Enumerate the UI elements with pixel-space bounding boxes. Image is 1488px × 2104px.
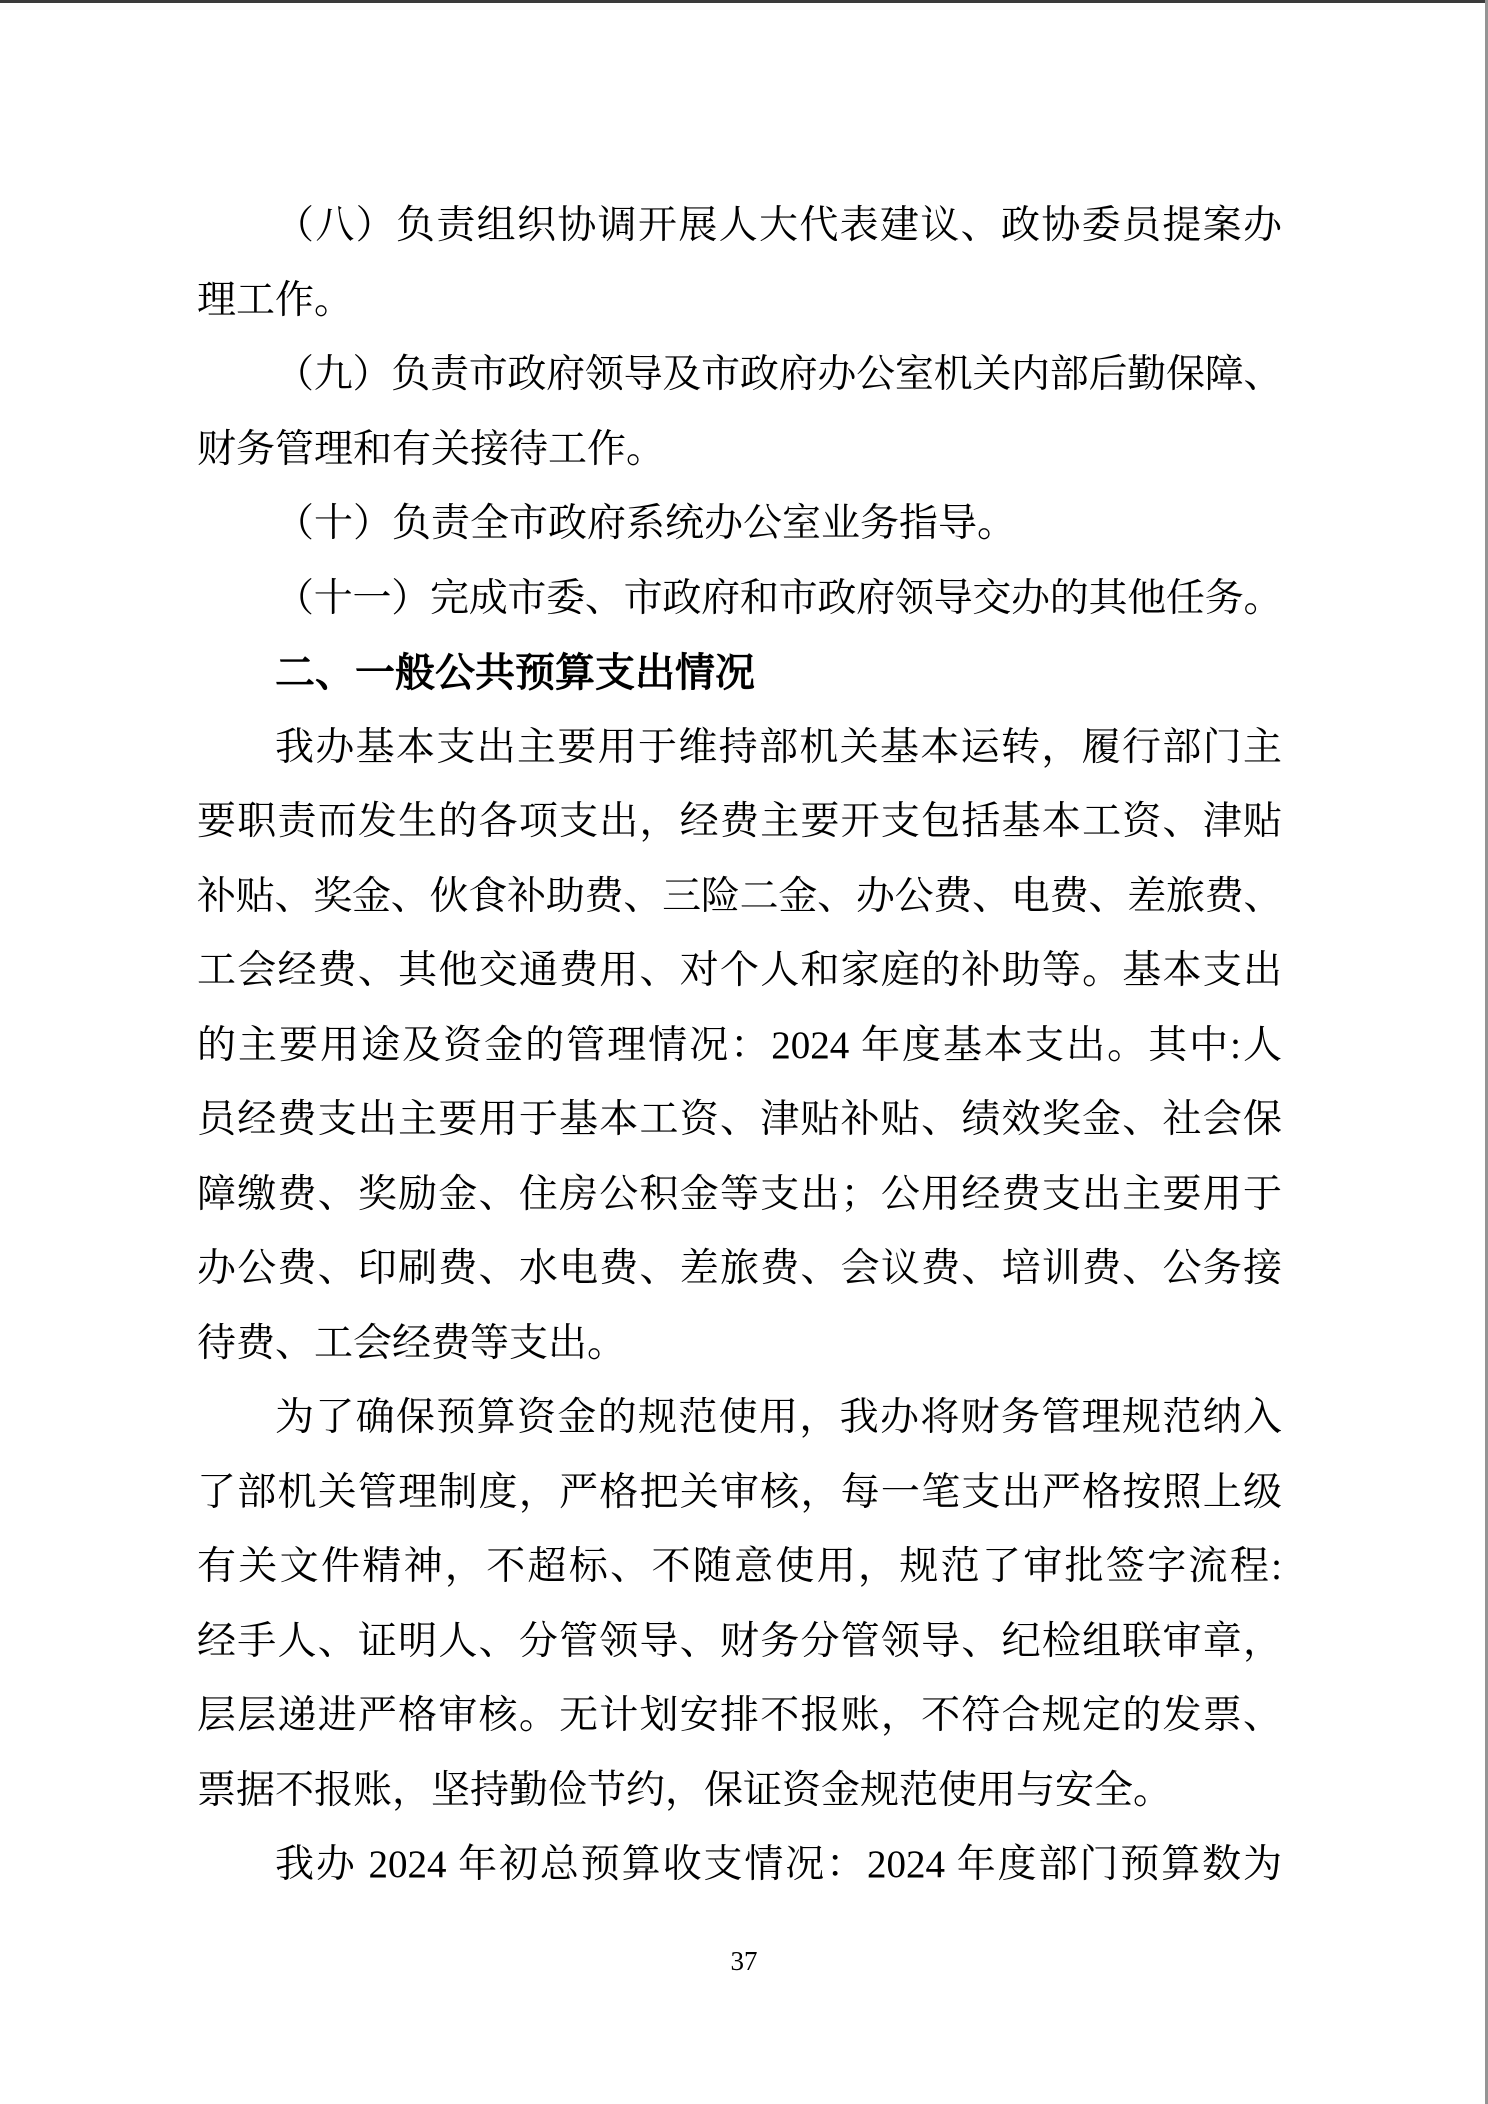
text-line: 财务管理和有关接待工作。: [197, 413, 1282, 488]
document-page-body: （八）负责组织协调开展人大代表建议、政协委员提案办 理工作。 （九）负责市政府领…: [197, 189, 1282, 1903]
text-line: （八）负责组织协调开展人大代表建议、政协委员提案办: [197, 189, 1282, 264]
text-line: 票据不报账，坚持勤俭节约，保证资金规范使用与安全。: [197, 1754, 1282, 1829]
text-line: 为了确保预算资金的规范使用，我办将财务管理规范纳入: [197, 1381, 1282, 1456]
text-line: 员经费支出主要用于基本工资、津贴补贴、绩效奖金、社会保: [197, 1083, 1282, 1158]
text-line: （十一）完成市委、市政府和市政府领导交办的其他任务。: [197, 562, 1282, 637]
text-line: 补贴、奖金、伙食补助费、三险二金、办公费、电费、差旅费、: [197, 860, 1282, 935]
text-line: （十）负责全市政府系统办公室业务指导。: [197, 487, 1282, 562]
page-top-edge-line: [0, 0, 1488, 3]
text-line: 有关文件精神，不超标、不随意使用，规范了审批签字流程:: [197, 1530, 1282, 1605]
section-heading: 二、一般公共预算支出情况: [197, 636, 1282, 711]
text-line: 理工作。: [197, 264, 1282, 339]
text-line: 要职责而发生的各项支出，经费主要开支包括基本工资、津贴: [197, 785, 1282, 860]
text-line: 障缴费、奖励金、住房公积金等支出；公用经费支出主要用于: [197, 1158, 1282, 1233]
text-line: 我办 2024 年初总预算收支情况：2024 年度部门预算数为: [197, 1828, 1282, 1903]
text-line: 待费、工会经费等支出。: [197, 1307, 1282, 1382]
text-line: 了部机关管理制度，严格把关审核，每一笔支出严格按照上级: [197, 1456, 1282, 1531]
page-number: 37: [0, 1946, 1488, 1977]
text-line: 的主要用途及资金的管理情况：2024 年度基本支出。其中:人: [197, 1009, 1282, 1084]
text-line: 工会经费、其他交通费用、对个人和家庭的补助等。基本支出: [197, 934, 1282, 1009]
text-line: 我办基本支出主要用于维持部机关基本运转，履行部门主: [197, 711, 1282, 786]
text-line: 层层递进严格审核。无计划安排不报账，不符合规定的发票、: [197, 1679, 1282, 1754]
text-line: 经手人、证明人、分管领导、财务分管领导、纪检组联审章，: [197, 1605, 1282, 1680]
text-line: 办公费、印刷费、水电费、差旅费、会议费、培训费、公务接: [197, 1232, 1282, 1307]
text-line: （九）负责市政府领导及市政府办公室机关内部后勤保障、: [197, 338, 1282, 413]
